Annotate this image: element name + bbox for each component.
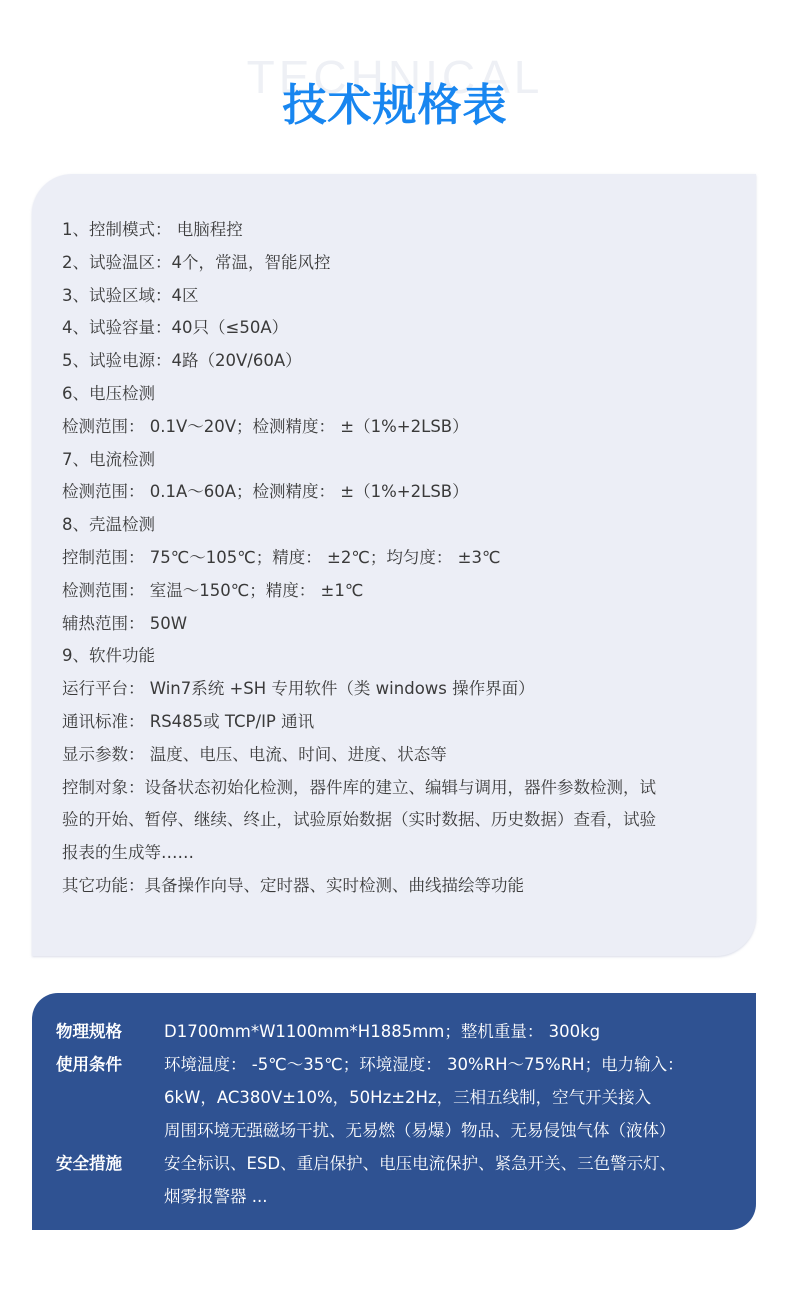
spec-list: 1、控制模式： 电脑程控 2、试验温区：4个，常温，智能风控 3、试验区域：4区… bbox=[62, 214, 732, 903]
row-value: 6kW，AC380V±10%，50Hz±2Hz，三相五线制，空气开关接入 bbox=[164, 1081, 736, 1114]
physical-spec-card: 物理规格 D1700mm*W1100mm*H1885mm；整机重量： 300kg… bbox=[32, 993, 756, 1230]
spec-line: 3、试验区域：4区 bbox=[62, 280, 732, 313]
spec-line: 检测范围： 0.1A～60A；检测精度： ±（1%+2LSB） bbox=[62, 476, 732, 509]
row-value: 烟雾报警器 ... bbox=[164, 1180, 736, 1213]
spec-line: 4、试验容量：40只（≤50A） bbox=[62, 312, 732, 345]
row-value: 环境温度： -5℃～35℃；环境湿度： 30%RH～75%RH；电力输入： bbox=[164, 1048, 736, 1081]
row-label: 安全措施 bbox=[56, 1147, 164, 1213]
physical-row-dimensions: 物理规格 D1700mm*W1100mm*H1885mm；整机重量： 300kg bbox=[56, 1015, 736, 1048]
row-label: 物理规格 bbox=[56, 1015, 164, 1048]
spec-section-heading: 6、电压检测 bbox=[62, 378, 732, 411]
spec-line: 1、控制模式： 电脑程控 bbox=[62, 214, 732, 247]
row-value: D1700mm*W1100mm*H1885mm；整机重量： 300kg bbox=[164, 1015, 736, 1048]
spec-line: 验的开始、暂停、继续、终止，试验原始数据（实时数据、历史数据）查看，试验 bbox=[62, 804, 732, 837]
page-header: TECHNICAL 技术规格表 bbox=[0, 0, 790, 160]
page-title: 技术规格表 bbox=[0, 78, 790, 134]
spec-line: 运行平台： Win7系统 +SH 专用软件（类 windows 操作界面） bbox=[62, 673, 732, 706]
spec-line: 控制范围： 75℃～105℃；精度： ±2℃；均匀度： ±3℃ bbox=[62, 542, 732, 575]
spec-line: 通讯标准： RS485或 TCP/IP 通讯 bbox=[62, 706, 732, 739]
spec-section-heading: 7、电流检测 bbox=[62, 444, 732, 477]
spec-card: 1、控制模式： 电脑程控 2、试验温区：4个，常温，智能风控 3、试验区域：4区… bbox=[32, 174, 756, 956]
physical-row-safety: 安全措施 安全标识、ESD、重启保护、电压电流保护、紧急开关、三色警示灯、 烟雾… bbox=[56, 1147, 736, 1213]
spec-line: 辅热范围： 50W bbox=[62, 608, 732, 641]
spec-line: 显示参数： 温度、电压、电流、时间、进度、状态等 bbox=[62, 739, 732, 772]
spec-line: 2、试验温区：4个，常温，智能风控 bbox=[62, 247, 732, 280]
spec-section-heading: 9、软件功能 bbox=[62, 640, 732, 673]
spec-section-heading: 8、壳温检测 bbox=[62, 509, 732, 542]
spec-line: 检测范围： 室温～150℃；精度： ±1℃ bbox=[62, 575, 732, 608]
spec-line: 报表的生成等…… bbox=[62, 837, 732, 870]
spec-line: 检测范围： 0.1V～20V；检测精度： ±（1%+2LSB） bbox=[62, 411, 732, 444]
spec-line: 其它功能：具备操作向导、定时器、实时检测、曲线描绘等功能 bbox=[62, 870, 732, 903]
spec-line: 控制对象：设备状态初始化检测，器件库的建立、编辑与调用，器件参数检测，试 bbox=[62, 772, 732, 805]
row-value: 安全标识、ESD、重启保护、电压电流保护、紧急开关、三色警示灯、 bbox=[164, 1147, 736, 1180]
physical-spec-list: 物理规格 D1700mm*W1100mm*H1885mm；整机重量： 300kg… bbox=[56, 1015, 736, 1213]
physical-row-conditions: 使用条件 环境温度： -5℃～35℃；环境湿度： 30%RH～75%RH；电力输… bbox=[56, 1048, 736, 1147]
spec-line: 5、试验电源：4路（20V/60A） bbox=[62, 345, 732, 378]
row-label: 使用条件 bbox=[56, 1048, 164, 1147]
row-value: 周围环境无强磁场干扰、无易燃（易爆）物品、无易侵蚀气体（液体） bbox=[164, 1114, 736, 1147]
